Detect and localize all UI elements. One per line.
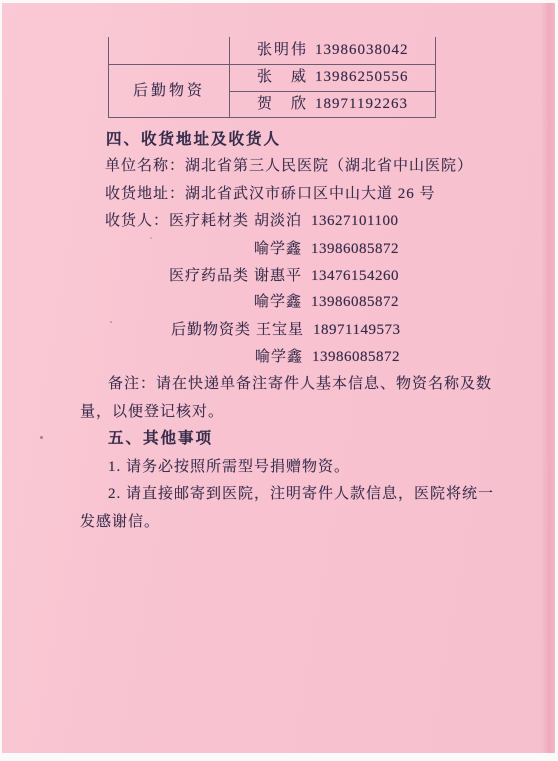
contact-phone: 18971192263 (315, 91, 408, 118)
consignee-label: 收货人： (105, 207, 169, 235)
delivery-address-line: 收货地址：湖北省武汉市硚口区中山大道 26 号 (105, 180, 436, 208)
other-item-2-line-2: 发感谢信。 (80, 508, 160, 536)
other-item-1: 1. 请务必按照所需型号捐赠物资。 (108, 453, 350, 481)
consignee-phone: 13476154260 (311, 262, 399, 290)
consignee-phone: 13986085872 (312, 343, 400, 371)
delivery-address-label: 收货地址： (105, 186, 185, 202)
scan-speck (110, 321, 112, 323)
scan-speck (150, 237, 152, 239)
consignee-phone: 18971149573 (313, 316, 400, 344)
contact-phone: 13986038042 (315, 37, 409, 64)
logistics-contact-table: 后勤物资 张明伟 13986038042 张 威 13986250556 贺 欣… (108, 37, 436, 118)
contact-name: 贺 欣 (257, 91, 315, 118)
consignee-line: 收货人： 医疗耗材类 胡淡泊 13627101100 (105, 207, 398, 235)
contact-name: 张明伟 (257, 37, 315, 64)
consignee-line: 喻学鑫 13986085872 (255, 343, 400, 371)
contact-phone: 13986250556 (315, 64, 409, 91)
note-line-2: 量，以便登记核对。 (80, 398, 224, 426)
consignee-name: 喻学鑫 (254, 288, 311, 316)
consignee-phone: 13986085872 (311, 288, 399, 316)
consignee-line: 医疗药品类 谢惠平 13476154260 (169, 262, 399, 290)
table-row: 贺 欣 18971192263 (257, 91, 408, 118)
delivery-address-value: 湖北省武汉市硚口区中山大道 26 号 (185, 186, 436, 202)
consignee-line: 喻学鑫 13986085872 (254, 288, 399, 316)
other-item-2-line-1: 2. 请直接邮寄到医院，注明寄件人款信息，医院将统一 (108, 480, 494, 508)
consignee-line: 后勤物资类 王宝星 18971149573 (171, 316, 400, 344)
consignee-name: 谢惠平 (254, 262, 311, 290)
table-column-divider (229, 37, 230, 117)
consignee-name: 喻学鑫 (255, 343, 312, 371)
table-row: 张明伟 13986038042 (257, 37, 409, 64)
consignee-name: 王宝星 (256, 316, 313, 344)
scan-speck (40, 436, 43, 439)
unit-name-label: 单位名称： (105, 158, 185, 174)
consignee-name: 胡淡泊 (254, 207, 311, 235)
consignee-category: 医疗药品类 (169, 262, 254, 290)
consignee-line: 喻学鑫 13986085872 (254, 235, 399, 263)
table-row: 张 威 13986250556 (257, 64, 409, 91)
contact-name: 张 威 (257, 64, 315, 91)
consignee-phone: 13627101100 (311, 207, 398, 235)
document-page: 后勤物资 张明伟 13986038042 张 威 13986250556 贺 欣… (2, 3, 555, 753)
consignee-phone: 13986085872 (311, 235, 399, 263)
section5-heading: 五、其他事项 (108, 425, 213, 453)
table-category-cell: 后勤物资 (109, 64, 229, 118)
consignee-category: 后勤物资类 (171, 316, 256, 344)
consignee-name: 喻学鑫 (254, 235, 311, 263)
note-line-1: 备注：请在快递单备注寄件人基本信息、物资名称及数 (108, 370, 492, 398)
unit-name-value: 湖北省第三人民医院（湖北省中山医院） (185, 158, 473, 174)
consignee-category: 医疗耗材类 (169, 207, 254, 235)
section4-heading: 四、收货地址及收货人 (106, 126, 281, 154)
unit-name-line: 单位名称：湖北省第三人民医院（湖北省中山医院） (105, 152, 473, 180)
